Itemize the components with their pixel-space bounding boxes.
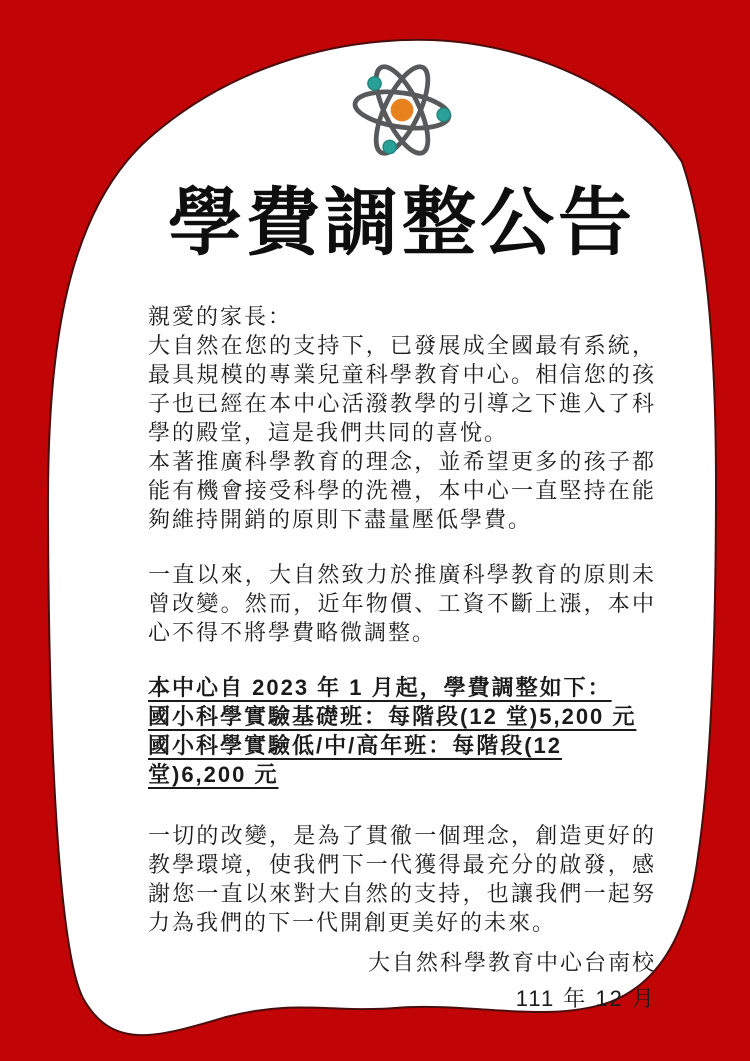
atom-electron <box>437 108 450 121</box>
signoff: 大自然科學教育中心台南校 111 年 12 月 <box>148 948 656 1013</box>
paragraph-reason: 一直以來，大自然致力於推廣科學教育的原則未曾改變。然而，近年物價、工資不斷上漲，… <box>148 560 656 647</box>
tuition-item-basic-class: 國小科學實驗基礎班：每階段(12 堂)5,200 元 <box>148 702 656 731</box>
tuition-notice: 本中心自 2023 年 1 月起，學費調整如下： 國小科學實驗基礎班：每階段(1… <box>148 673 656 789</box>
signature: 大自然科學教育中心台南校 <box>148 948 656 977</box>
date: 111 年 12 月 <box>148 984 656 1013</box>
atom-nucleus <box>391 99 414 122</box>
tuition-announcement-poster: 學費調整公告 親愛的家長： 大自然在您的支持下，已發展成全國最有系統，最具規模的… <box>0 0 750 1061</box>
paragraph-philosophy: 本著推廣科學教育的理念，並希望更多的孩子都能有機會接受科學的洗禮，本中心一直堅持… <box>148 447 656 534</box>
poster-title: 學費調整公告 <box>148 175 656 271</box>
tuition-heading: 本中心自 2023 年 1 月起，學費調整如下： <box>148 673 656 702</box>
poster-body: 親愛的家長： 大自然在您的支持下，已發展成全國最有系統，最具規模的專業兒童科學教… <box>148 302 656 1013</box>
paragraph-closing: 一切的改變，是為了貫徹一個理念，創造更好的教學環境，使我們下一代獲得最充分的啟發… <box>148 821 656 937</box>
paragraph-intro: 大自然在您的支持下，已發展成全國最有系統，最具規模的專業兒童科學教育中心。相信您… <box>148 331 656 447</box>
atom-icon <box>345 56 459 169</box>
atom-electron <box>368 77 381 90</box>
atom-electron <box>383 140 396 153</box>
tuition-item-grade-class: 國小科學實驗低/中/高年班：每階段(12 堂)6,200 元 <box>148 731 656 789</box>
poster-content: 學費調整公告 親愛的家長： 大自然在您的支持下，已發展成全國最有系統，最具規模的… <box>148 56 656 1013</box>
salutation: 親愛的家長： <box>148 302 656 331</box>
